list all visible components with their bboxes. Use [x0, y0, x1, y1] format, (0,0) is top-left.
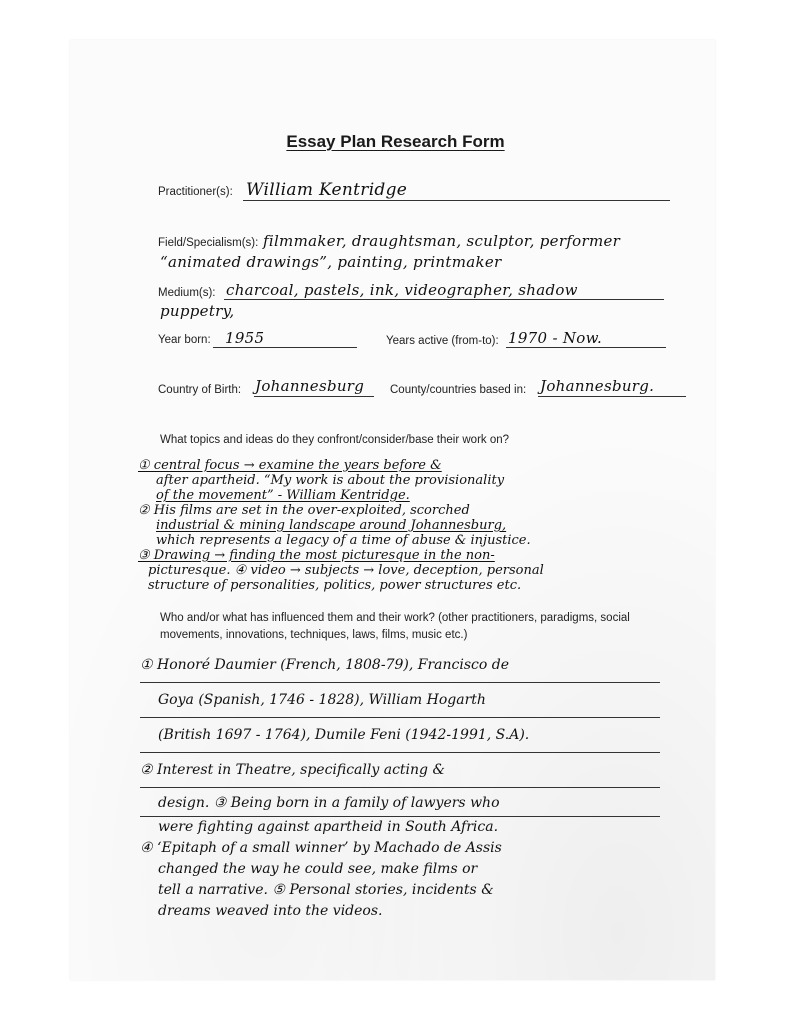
- question-influences-answer[interactable]: ① Honoré Daumier (French, 1808-79), Fran…: [140, 648, 660, 922]
- answer-line: ② His films are set in the over-exploite…: [138, 503, 544, 518]
- year-born-value[interactable]: 1955: [225, 329, 264, 347]
- medium-underline: [224, 299, 664, 300]
- answer-line: which represents a legacy of a time of a…: [138, 533, 544, 548]
- question-topics-prompt: What topics and ideas do they confront/c…: [160, 432, 680, 449]
- answer-line: changed the way he could see, make films…: [140, 859, 660, 880]
- countries-based-label: County/countries based in:: [390, 384, 526, 396]
- field-specialism-value-line-1[interactable]: filmmaker, draughtsman, sculptor, perfor…: [263, 232, 620, 250]
- practitioner-value[interactable]: William Kentridge: [246, 180, 407, 200]
- country-of-birth-underline: [254, 396, 374, 397]
- answer-line: industrial & mining landscape around Joh…: [138, 518, 544, 533]
- answer-line: Goya (Spanish, 1746 - 1828), William Hog…: [140, 683, 660, 718]
- question-topics-answer[interactable]: ① central focus → examine the years befo…: [138, 458, 544, 593]
- years-active-value[interactable]: 1970 - Now.: [508, 329, 602, 347]
- answer-line: design. ③ Being born in a family of lawy…: [140, 788, 660, 817]
- field-specialism-value-line-2[interactable]: “animated drawings”, painting, printmake…: [160, 253, 502, 271]
- answer-line: of the movement” - William Kentridge.: [138, 488, 544, 503]
- practitioner-label: Practitioner(s):: [158, 186, 233, 198]
- practitioner-underline: [243, 200, 670, 201]
- year-born-label: Year born:: [158, 334, 211, 346]
- answer-line: ③ Drawing → finding the most picturesque…: [138, 548, 544, 563]
- country-of-birth-value[interactable]: Johannesburg: [255, 377, 364, 395]
- question-influences-prompt: Who and/or what has influenced them and …: [160, 610, 680, 644]
- year-born-underline: [213, 347, 357, 348]
- answer-line: ① Honoré Daumier (French, 1808-79), Fran…: [140, 648, 660, 683]
- answer-line: ① central focus → examine the years befo…: [138, 458, 544, 473]
- answer-line: (British 1697 - 1764), Dumile Feni (1942…: [140, 718, 660, 753]
- medium-label: Medium(s):: [158, 287, 216, 299]
- field-specialism-label: Field/Specialism(s):: [158, 237, 258, 249]
- years-active-label: Years active (from-to):: [386, 335, 499, 347]
- answer-line: structure of personalities, politics, po…: [138, 578, 544, 593]
- answer-line: ② Interest in Theatre, specifically acti…: [140, 753, 660, 788]
- medium-value-line-1[interactable]: charcoal, pastels, ink, videographer, sh…: [226, 281, 578, 299]
- answer-line: picturesque. ④ video → subjects → love, …: [138, 563, 544, 578]
- countries-based-value[interactable]: Johannesburg.: [540, 377, 654, 395]
- answer-line: tell a narrative. ⑤ Personal stories, in…: [140, 880, 660, 901]
- answer-line: ④ ‘Epitaph of a small winner’ by Machado…: [140, 838, 660, 859]
- answer-line: after apartheid. “My work is about the p…: [138, 473, 544, 488]
- countries-based-underline: [538, 396, 686, 397]
- years-active-underline: [506, 347, 666, 348]
- medium-value-line-2[interactable]: puppetry,: [160, 302, 235, 320]
- answer-line: dreams weaved into the videos.: [140, 901, 660, 922]
- form-title: Essay Plan Research Form: [0, 132, 791, 152]
- country-of-birth-label: Country of Birth:: [158, 384, 241, 396]
- answer-line: were fighting against apartheid in South…: [140, 817, 660, 838]
